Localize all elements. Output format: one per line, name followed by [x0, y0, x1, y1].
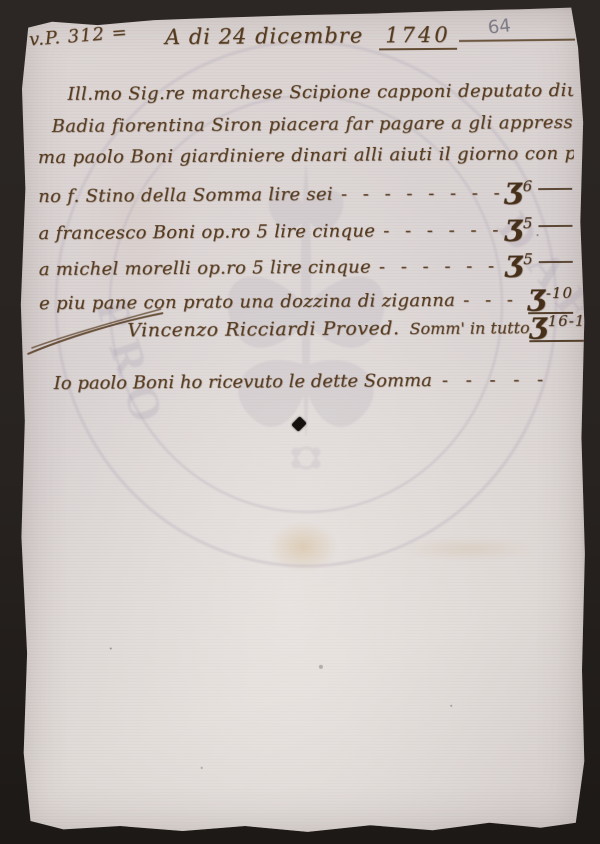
receipt-line: Io paolo Boni ho ricevuto le dette Somma…	[54, 369, 546, 394]
lira-symbol: ʒ	[504, 174, 521, 204]
amount-value: 6	[523, 177, 534, 195]
receipt-text: Io paolo Boni ho ricevuto le dette Somma	[54, 370, 432, 394]
body-line: Badia fiorentina Siron piacera far pagar…	[52, 112, 574, 137]
lira-symbol: ʒ	[505, 211, 522, 241]
dash-leader: - - - - - - - - -	[371, 255, 505, 277]
registry-mark: v.P. 312 =	[28, 22, 128, 51]
dash-leader: - - - -	[455, 289, 528, 311]
ledger-amount: ʒ 5	[505, 211, 573, 242]
date-text: A di 24 dicembre	[165, 24, 363, 50]
lira-symbol: ʒ	[530, 309, 547, 339]
ledger-row-text: a francesco Boni op.ro 5 lire cinque	[38, 220, 375, 244]
amount-value: 5	[523, 214, 534, 232]
ledger-row: a francesco Boni op.ro 5 lire cinque - -…	[38, 211, 572, 245]
dash-leader: - - - - - - -	[432, 369, 546, 391]
ink-blot-hole	[291, 416, 307, 432]
total-row: Vincenzo Ricciardi Proved. Somm' in tutt…	[127, 309, 573, 346]
ledger-row-text: no f. Stino della Somma lire sei	[38, 184, 333, 207]
dash-leader: - - - - - - - - - - - -	[333, 182, 505, 204]
ledger-amount: ʒ 5	[505, 247, 573, 278]
lira-symbol: ʒ	[505, 247, 522, 277]
body-line: Ill.mo Sig.re marchese Scipione capponi …	[67, 80, 573, 105]
document-page: PRO DAE v.P. 312 = A di 24 dicembre 1740…	[18, 6, 586, 836]
date-line: A di 24 dicembre 1740	[165, 22, 575, 52]
date-underline	[459, 39, 575, 43]
date-year: 1740	[379, 23, 457, 51]
manuscript-content: v.P. 312 = A di 24 dicembre 1740 64 Ill.…	[15, 4, 590, 838]
ledger-amount: ʒ 6	[504, 174, 572, 205]
ledger-row: a michel morelli op.ro 5 lire cinque - -…	[39, 247, 573, 281]
amount-value: 5	[523, 250, 534, 268]
folio-number: 64	[487, 15, 512, 38]
body-line: ma paolo Boni giardiniere dinari alli ai…	[38, 143, 574, 168]
provisioner-signature: Vincenzo Ricciardi Proved.	[127, 317, 399, 341]
ledger-row-text: a michel morelli op.ro 5 lire cinque	[39, 256, 371, 280]
ledger-row: no f. Stino della Somma lire sei - - - -…	[38, 174, 572, 208]
total-label: Somm' in tutto	[409, 318, 529, 338]
dash-leader: - - - - - - - -	[375, 219, 505, 241]
amount-value: -10	[546, 284, 573, 302]
